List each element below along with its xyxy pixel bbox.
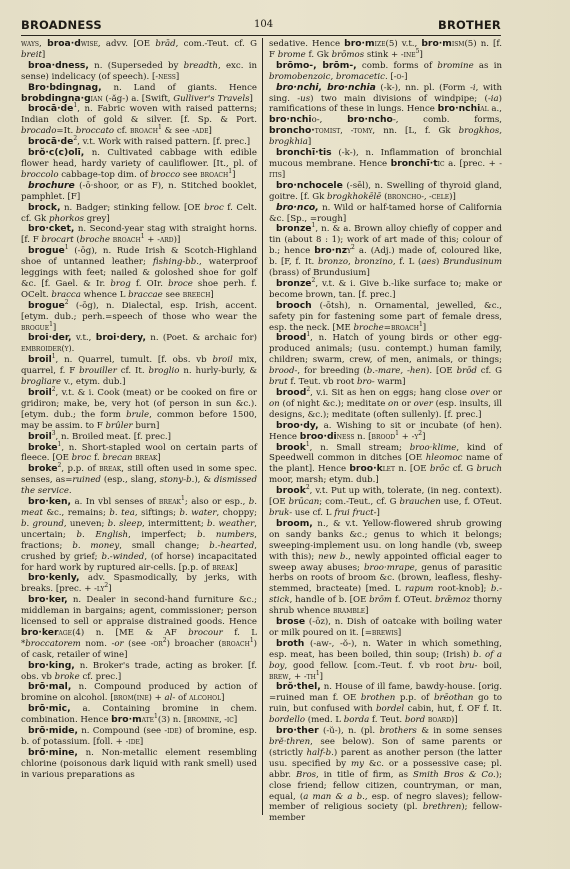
header-rule [21, 35, 501, 36]
dictionary-entry: brō·mic, a. Containing bromine in chem. … [21, 704, 257, 726]
dictionary-entry: bro·king, n. Broker's trade, acting as b… [21, 661, 257, 683]
dictionary-entry: brocā·de1, n. Fabric woven with raised p… [21, 104, 257, 137]
dictionary-entry: bro·nchocele (-sēl), n. Swelling of thyr… [269, 181, 502, 203]
dictionary-entry: broke1, n. Short-stapled wool on certain… [21, 443, 257, 465]
right-column: sedative. Hence bro·mize(5) v.t., bro·mi… [269, 39, 502, 824]
dictionary-entry: broil1, n. Quarrel, tumult. [f. obs. vb … [21, 355, 257, 388]
dictionary-entry: bronchī·tis (-k-), n. Inflammation of br… [269, 148, 502, 181]
dictionary-entry: brood2, v.i. Sit as hen on eggs; hang cl… [269, 388, 502, 421]
dictionary-entry: brogue2 (-ōg), n. Dialectal, esp. Irish,… [21, 301, 257, 334]
dictionary-entry: brogue1 (-ōg), n. Rude Irish & Scotch-Hi… [21, 246, 257, 301]
dictionary-entry: brōmo-, brōm-, comb. forms of bromine as… [269, 61, 502, 83]
dictionary-entry: bro·cket, n. Second-year stag with strai… [21, 224, 257, 246]
dictionary-entry: brose (-ōz), n. Dish of oatcake with boi… [269, 617, 502, 639]
dictionary-entry: ways, broa·dwise, advv. [OE brād, com.-T… [21, 39, 257, 61]
dictionary-entry: brŏ·thel, n. House of ill fame, bawdy-ho… [269, 682, 502, 726]
dictionary-entry: broth (-aw-, -ŏ-), n. Water in which som… [269, 639, 502, 683]
dictionary-entry: brochure (-ō·shoor, or as F), n. Stitche… [21, 181, 257, 203]
dictionary-entry: broil2, v.t. & i. Cook (meat) or be cook… [21, 388, 257, 432]
dictionary-entry: bro·ther (-ŭ-), n. (pl. brothers & in so… [269, 726, 502, 824]
dictionary-entry: bronze1, n. & a. Brown alloy chiefly of … [269, 224, 502, 279]
dictionary-entry: brock, n. Badger; stinking fellow. [OE b… [21, 203, 257, 225]
dictionary-entry: broa·dness, n. (Superseded by breadth, e… [21, 61, 257, 83]
dictionary-entry: Bro·bdingnag, n. Land of giants. Hence b… [21, 83, 257, 105]
dictionary-entry: bro·ker, n. Dealer in second-hand furnit… [21, 595, 257, 660]
dictionary-entry: bro·nchi, bro·nchia (-k-), nn. pl. (Form… [269, 83, 502, 148]
left-guideword: BROADNESS [21, 18, 102, 32]
dictionary-entry: broo·dy, a. Wishing to sit or incubate (… [269, 421, 502, 443]
column-divider [262, 38, 263, 815]
page-number: 104 [254, 19, 273, 30]
left-column: ways, broa·dwise, advv. [OE brād, com.-T… [21, 39, 257, 781]
dictionary-entry: sedative. Hence bro·mize(5) v.t., bro·mi… [269, 39, 502, 61]
page-header: BROADNESS 104 BROTHER [21, 18, 501, 34]
dictionary-entry: bro·kenly, adv. Spasmodically, by jerks,… [21, 573, 257, 595]
dictionary-entry: brŏ·c(c)olī, n. Cultivated cabbage with … [21, 148, 257, 181]
dictionary-entry: brood1, n. Hatch of young birds or other… [269, 333, 502, 388]
dictionary-entry: brooch (-ōtsh), n. Ornamental, jewelled,… [269, 301, 502, 334]
dictionary-entry: brō·mide, n. Compound (see -ide) of brom… [21, 726, 257, 748]
dictionary-entry: brō·mal, n. Compound produced by action … [21, 682, 257, 704]
right-guideword: BROTHER [438, 18, 501, 32]
dictionary-entry: brook2, v.t. Put up with, tolerate, (in … [269, 486, 502, 519]
dictionary-entry: bro·ken, a. In vbl senses of break1; als… [21, 497, 257, 573]
dictionary-entry: broke2, p.p. of break, still often used … [21, 464, 257, 497]
dictionary-entry: brō·mine, n. Non-metallic element resemb… [21, 748, 257, 781]
dictionary-entry: bronze2, v.t. & i. Give b.-like surface … [269, 279, 502, 301]
dictionary-entry: broom, n., & v.t. Yellow-flowered shrub … [269, 519, 502, 617]
dictionary-entry: brook1, n. Small stream; broo·klime, kin… [269, 443, 502, 487]
dictionary-entry: broi·der, v.t., broi·dery, n. (Poet. & a… [21, 333, 257, 355]
dictionary-page: BROADNESS 104 BROTHER ways, broa·dwise, … [0, 0, 570, 869]
dictionary-entry: bro·nco, n. Wild or half-tamed horse of … [269, 203, 502, 225]
